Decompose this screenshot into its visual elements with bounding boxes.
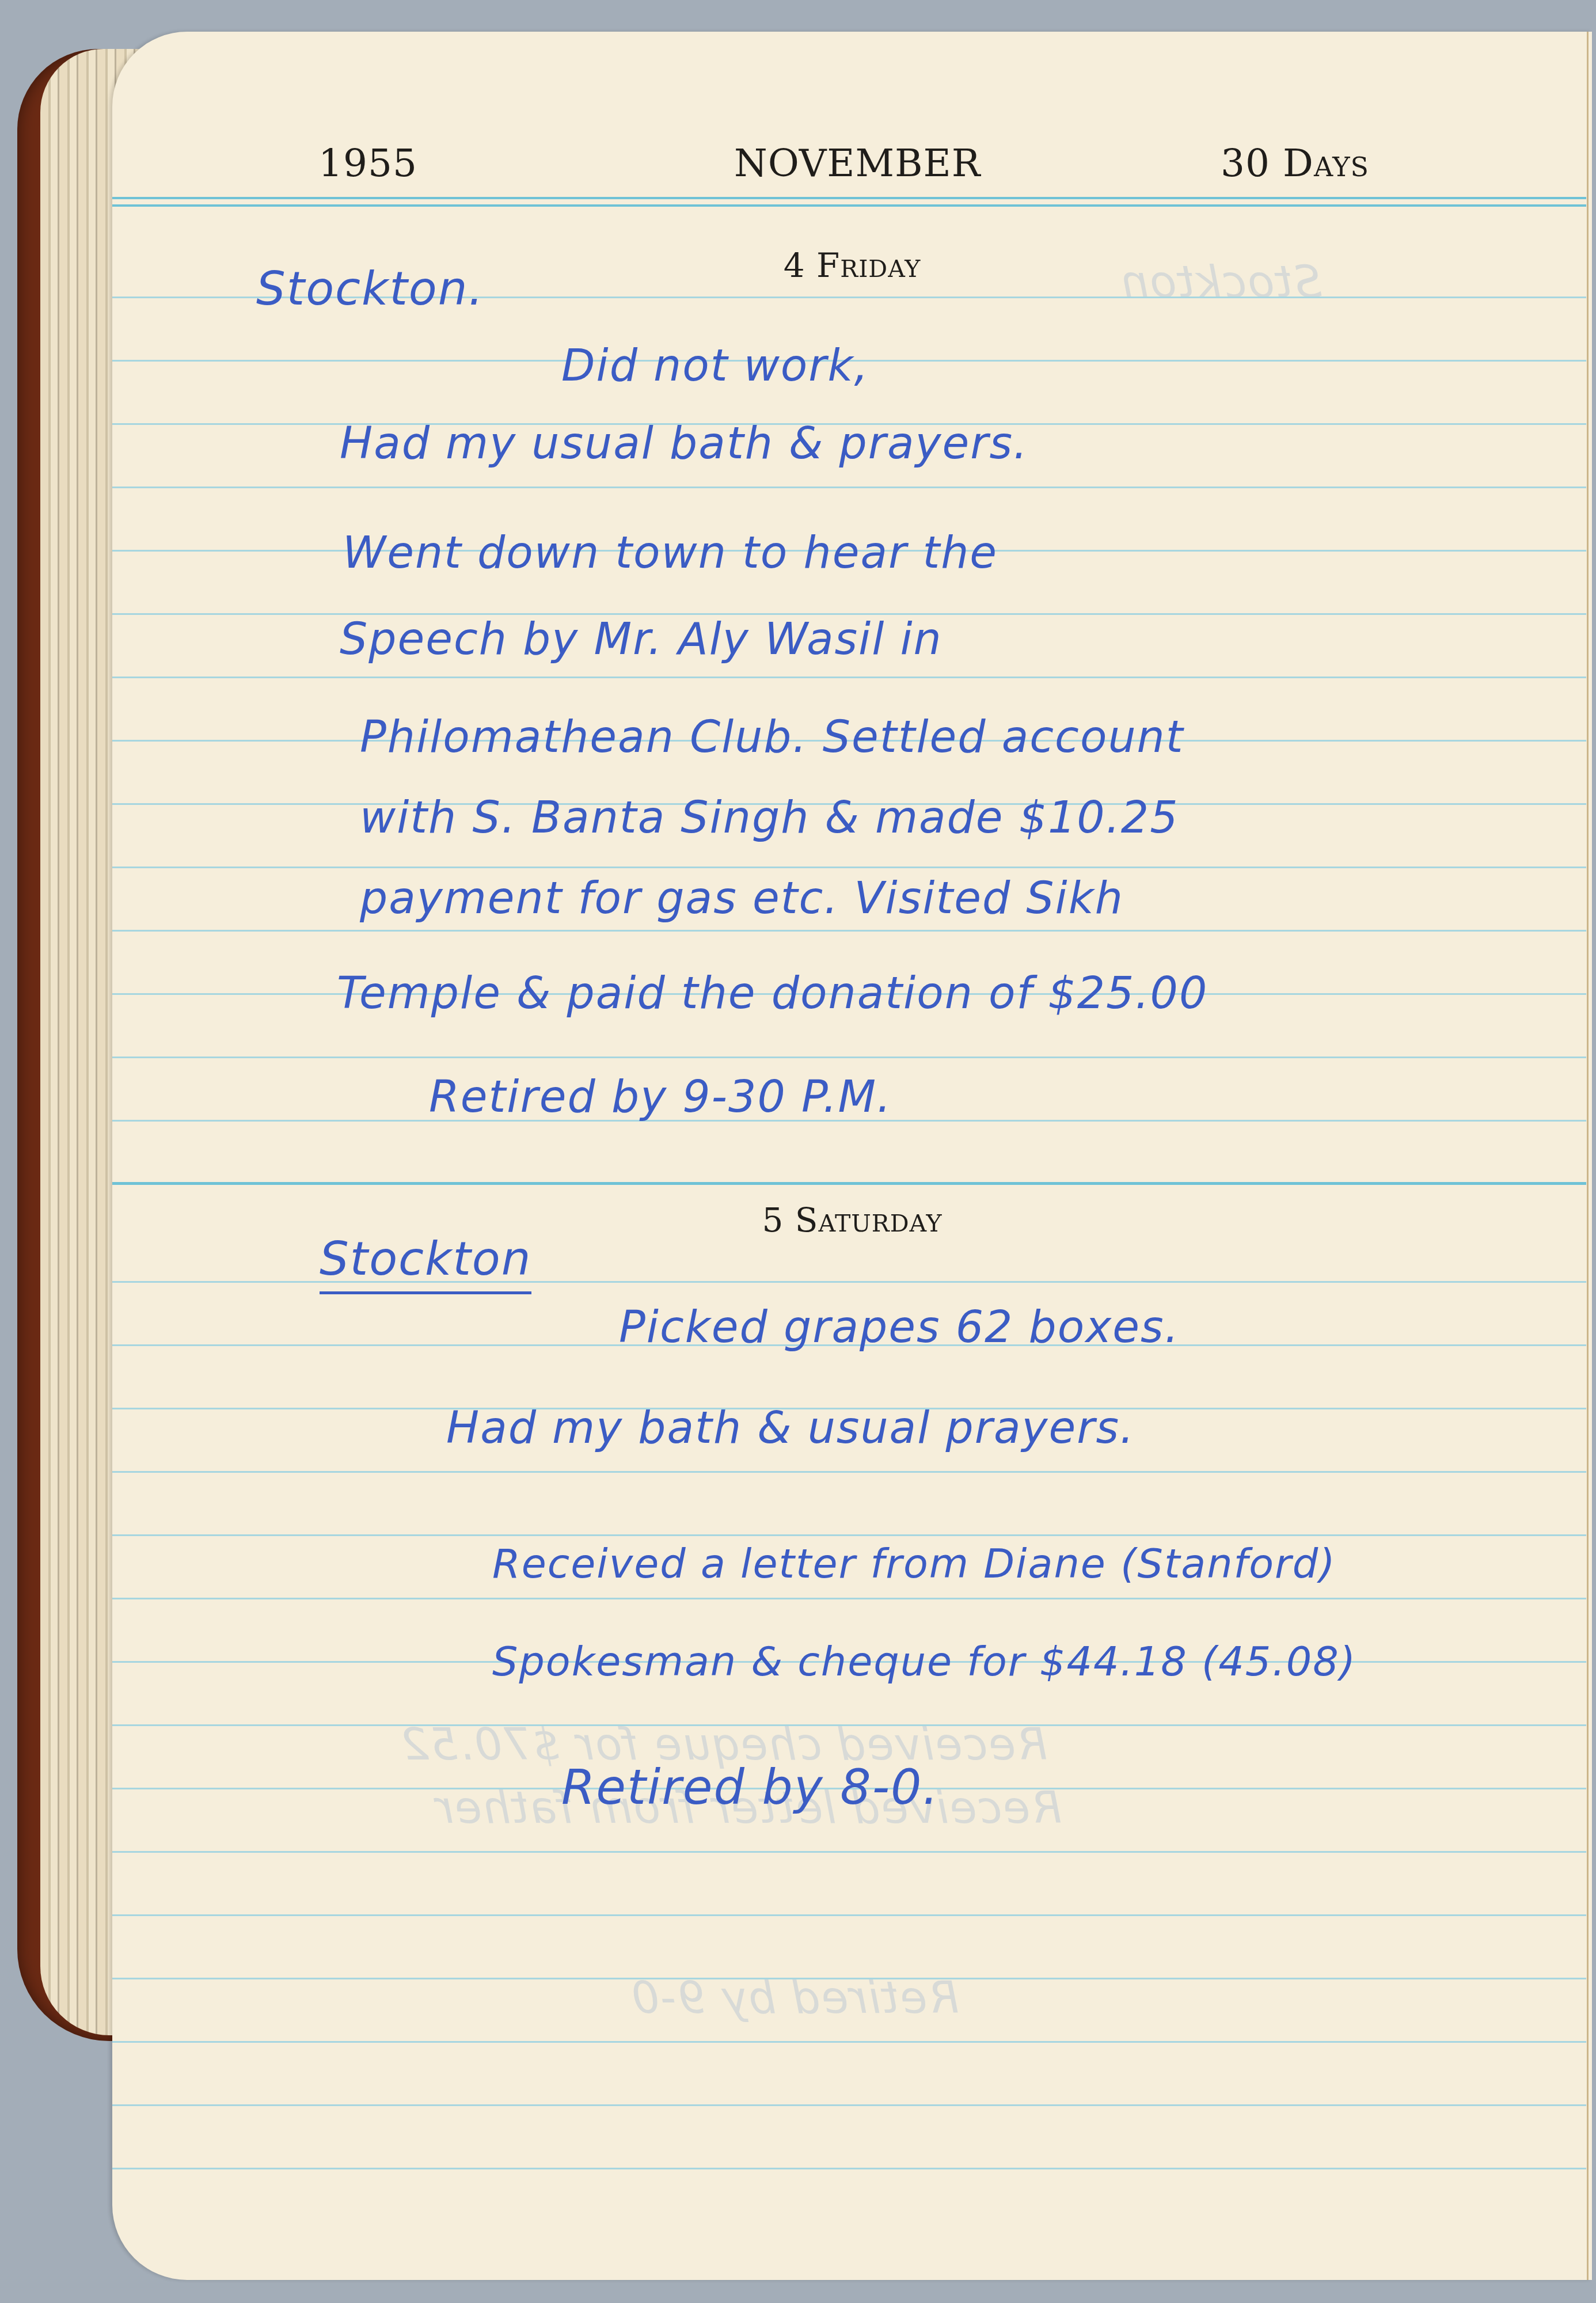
entry-line: Temple & paid the donation of $25.00 xyxy=(337,967,1208,1019)
entry-line: Had my usual bath & prayers. xyxy=(340,417,1028,469)
day-separator-rule xyxy=(112,1182,1586,1185)
bleed-through-text: Retired by 9-0 xyxy=(630,1972,959,2023)
ruled-line xyxy=(112,1471,1586,1473)
entry-line: Spokesman & cheque for $44.18 (45.08) xyxy=(492,1638,1356,1685)
ruled-line xyxy=(112,1534,1586,1536)
ruled-line xyxy=(112,1978,1586,1979)
entry-line: Philomathean Club. Settled account xyxy=(360,711,1184,762)
entry-location: Stockton xyxy=(320,1232,531,1294)
header-days-count: 30 Days xyxy=(1221,141,1369,185)
entry-line: Did not work, xyxy=(561,340,869,391)
ruled-line xyxy=(112,487,1586,488)
ruled-line xyxy=(112,2104,1586,2106)
ruled-line xyxy=(112,930,1586,932)
ruled-line xyxy=(112,1057,1586,1058)
ruled-line xyxy=(112,1598,1586,1599)
ruled-line xyxy=(112,2041,1586,2043)
ruled-line xyxy=(112,867,1586,868)
entry-line: with S. Banta Singh & made $10.25 xyxy=(360,792,1179,843)
header-month: NOVEMBER xyxy=(734,141,981,185)
entry-line: payment for gas etc. Visited Sikh xyxy=(360,872,1124,924)
header-year: 1955 xyxy=(318,141,417,185)
entry-line: Had my bath & usual prayers. xyxy=(446,1402,1135,1453)
ruled-line xyxy=(112,2168,1586,2169)
entry-line: Retired by 9-30 P.M. xyxy=(429,1071,892,1122)
ruled-line xyxy=(112,1914,1586,1916)
entry-location: Stockton. xyxy=(256,262,484,316)
ruled-line xyxy=(112,677,1586,678)
ruled-line xyxy=(112,1851,1586,1853)
diary-page: 1955 NOVEMBER 30 Days Stockton Received … xyxy=(112,32,1592,2280)
entry-line: Speech by Mr. Aly Wasil in xyxy=(340,613,943,664)
header-rule-bottom xyxy=(112,204,1586,207)
entry-line: Retired by 8-0. xyxy=(561,1759,939,1815)
entry-line: Went down town to hear the xyxy=(343,527,998,578)
page-header: 1955 NOVEMBER 30 Days xyxy=(112,124,1592,193)
entry-line: Received a letter from Diane (Stanford) xyxy=(492,1540,1336,1587)
header-rule-top xyxy=(112,197,1586,199)
ruled-line xyxy=(112,1724,1586,1726)
entry-line: Picked grapes 62 boxes. xyxy=(619,1301,1180,1352)
